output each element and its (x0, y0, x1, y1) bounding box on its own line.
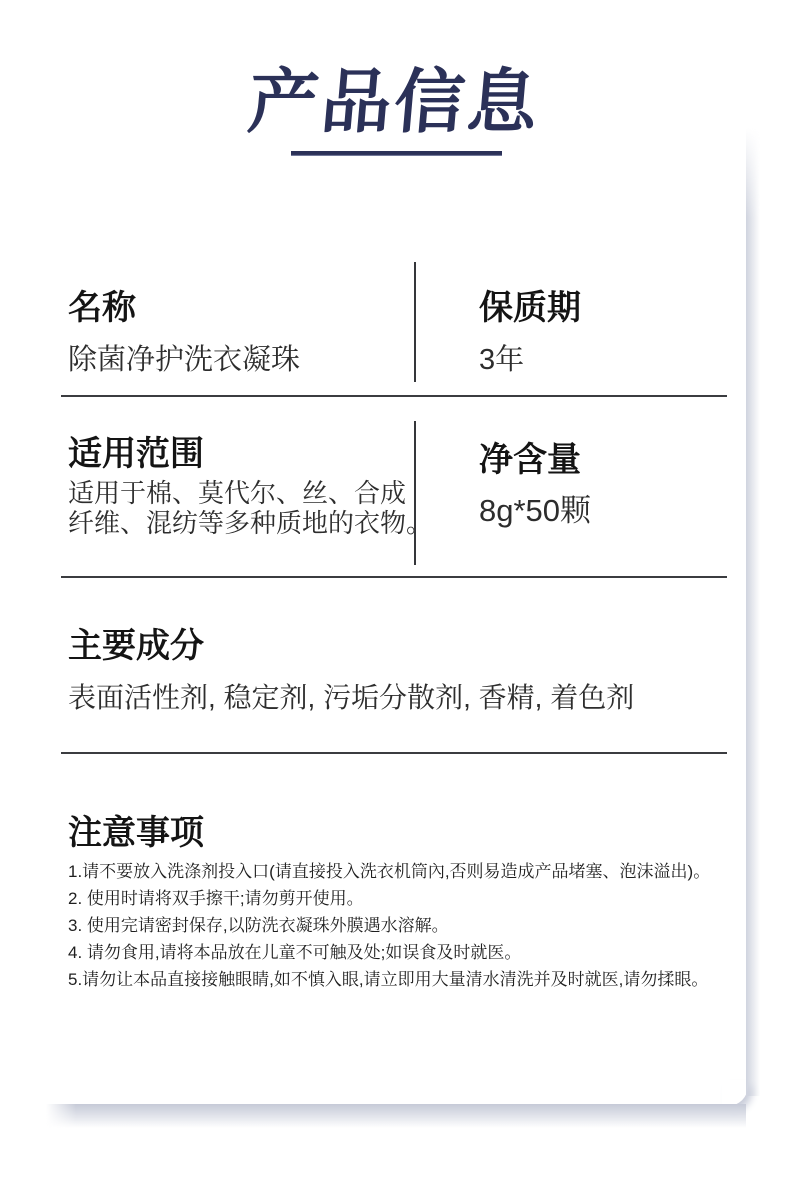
precaution-item-2: 2. 使用时请将双手擦干;请勿剪开使用。 (68, 885, 738, 912)
scope-line-1: 适用于棉、莫代尔、丝、合成 (68, 478, 432, 508)
field-value-net-content: 8g*50颗 (479, 485, 591, 530)
divider-vertical-row2 (414, 421, 416, 565)
field-value-ingredients: 表面活性剂, 稳定剂, 污垢分散剂, 香精, 着色剂 (68, 676, 634, 716)
card-bottom-shadow (46, 1104, 746, 1128)
card-bottom-right-corner (722, 1080, 748, 1106)
product-info-card: 产品信息 名称 除菌净护洗衣凝珠 保质期 3年 适用范围 适用于棉、莫代尔、丝、… (0, 0, 790, 1196)
card-right-shadow (746, 128, 760, 1096)
field-label-precautions: 注意事项 (68, 805, 204, 854)
title-underline (291, 151, 502, 156)
field-label-scope: 适用范围 (68, 426, 204, 475)
page-title: 产品信息 (0, 46, 790, 147)
precaution-item-1: 1.请不要放入洗涤剂投入口(请直接投入洗衣机筒內,否则易造成产品堵塞、泡沫溢出)… (68, 858, 738, 885)
divider-horizontal-1 (61, 395, 727, 397)
divider-vertical-row1 (414, 262, 416, 382)
precaution-list: 1.请不要放入洗涤剂投入口(请直接投入洗衣机筒內,否则易造成产品堵塞、泡沫溢出)… (68, 858, 738, 993)
precaution-item-4: 4. 请勿食用,请将本品放在儿童不可触及处;如误食及时就医。 (68, 939, 738, 966)
field-label-name: 名称 (68, 280, 136, 329)
precaution-item-5: 5.请勿让本品直接接触眼睛,如不慎入眼,请立即用大量清水清洗并及时就医,请勿揉眼… (68, 966, 738, 993)
field-label-net-content: 净含量 (479, 432, 581, 481)
field-label-shelf-life: 保质期 (479, 280, 581, 329)
field-value-scope: 适用于棉、莫代尔、丝、合成 纤维、混纺等多种质地的衣物。 (68, 478, 432, 538)
divider-horizontal-3 (61, 752, 727, 754)
divider-horizontal-2 (61, 576, 727, 578)
field-value-shelf-life: 3年 (479, 337, 524, 378)
scope-line-2: 纤维、混纺等多种质地的衣物。 (68, 508, 432, 538)
field-label-ingredients: 主要成分 (68, 618, 204, 667)
precaution-item-3: 3. 使用完请密封保存,以防洗衣凝珠外膜遇水溶解。 (68, 912, 738, 939)
field-value-name: 除菌净护洗衣凝珠 (68, 337, 300, 378)
